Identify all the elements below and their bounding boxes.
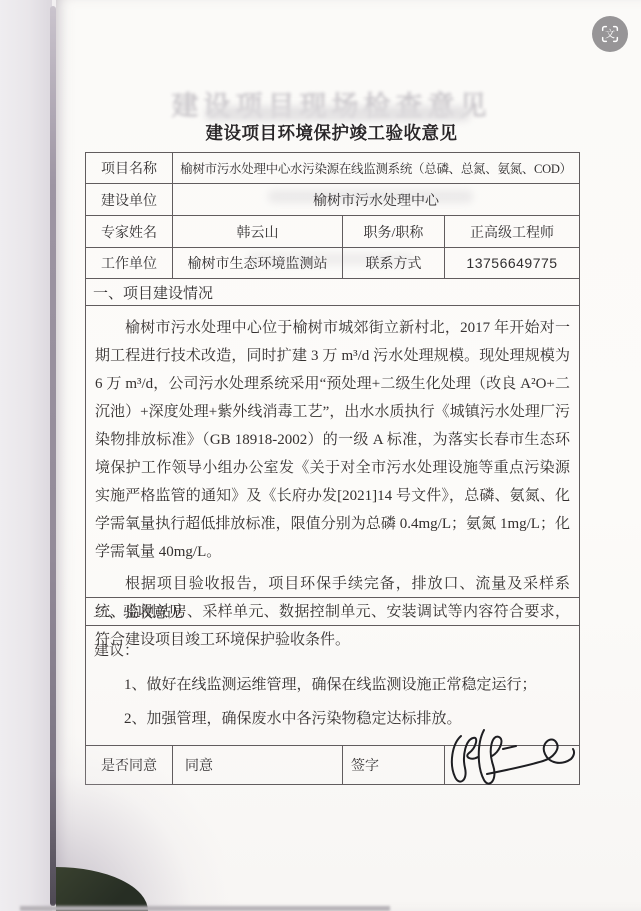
- contact-value: 13756649775: [445, 248, 579, 278]
- row-owner: 建设单位 榆树市污水处理中心: [86, 184, 579, 216]
- row-workunit: 工作单位 榆树市生态环境监测站 联系方式 13756649775: [86, 248, 579, 279]
- section1-heading: 一、项目建设情况: [86, 279, 579, 306]
- expert-name-value: 韩云山: [173, 216, 343, 247]
- svg-text:文: 文: [605, 29, 615, 41]
- owner-label: 建设单位: [86, 184, 173, 215]
- row-expert: 专家姓名 韩云山 职务/职称 正高级工程师: [86, 216, 579, 248]
- acceptance-form-table: 项目名称 榆树市污水处理中心水污染源在线监测系统（总磷、总氮、氨氮、COD） 建…: [85, 152, 580, 785]
- workunit-value: 榆树市生态环境监测站: [173, 248, 343, 278]
- expert-name-label: 专家姓名: [86, 216, 173, 247]
- agree-value: 同意: [173, 746, 343, 784]
- workunit-label: 工作单位: [86, 248, 173, 278]
- position-value: 正高级工程师: [445, 216, 579, 247]
- suggestion-label: 建议：: [94, 639, 569, 660]
- ghost-bleedthrough-smudge: [205, 106, 470, 121]
- translate-image-button[interactable]: 文: [592, 16, 628, 52]
- row-project-name: 项目名称 榆树市污水处理中心水污染源在线监测系统（总磷、总氮、氨氮、COD）: [86, 153, 579, 184]
- translate-icon: 文: [599, 23, 621, 45]
- row-approval: 是否同意 同意 签字: [86, 746, 579, 784]
- position-label: 职务/职称: [343, 216, 445, 247]
- suggestion-item-2: 2、加强管理，确保废水中各污染物稳定达标排放。: [94, 707, 569, 728]
- project-name-value: 榆树市污水处理中心水污染源在线监测系统（总磷、总氮、氨氮、COD）: [173, 153, 579, 183]
- section2-suggestions: 建议： 1、做好在线监测运维管理，确保在线监测设施正常稳定运行； 2、加强管理，…: [86, 626, 579, 746]
- project-name-label: 项目名称: [86, 153, 173, 183]
- scan-bottom-shadow: [20, 906, 390, 911]
- owner-value: 榆树市污水处理中心: [173, 184, 579, 215]
- suggestion-item-1: 1、做好在线监测运维管理，确保在线监测设施正常稳定运行；: [94, 673, 569, 694]
- document-title: 建设项目环境保护竣工验收意见: [85, 120, 578, 145]
- agree-label: 是否同意: [86, 746, 173, 784]
- previous-page-strip: [0, 0, 52, 911]
- signature-label: 签字: [343, 746, 445, 784]
- scanned-document-view: 建设项目现场检查意见 建设项目环境保护竣工验收意见 项目名称 榆树市污水处理中心…: [0, 0, 641, 911]
- section1-paragraph-1: 榆树市污水处理中心位于榆树市城郊街立新村北，2017 年开始对一期工程进行技术改…: [95, 314, 570, 566]
- section2-heading: 二、验收意见: [86, 598, 579, 626]
- contact-label: 联系方式: [343, 248, 445, 278]
- signature-cell: [445, 746, 579, 784]
- section1-body: 榆树市污水处理中心位于榆树市城郊街立新村北，2017 年开始对一期工程进行技术改…: [86, 306, 579, 598]
